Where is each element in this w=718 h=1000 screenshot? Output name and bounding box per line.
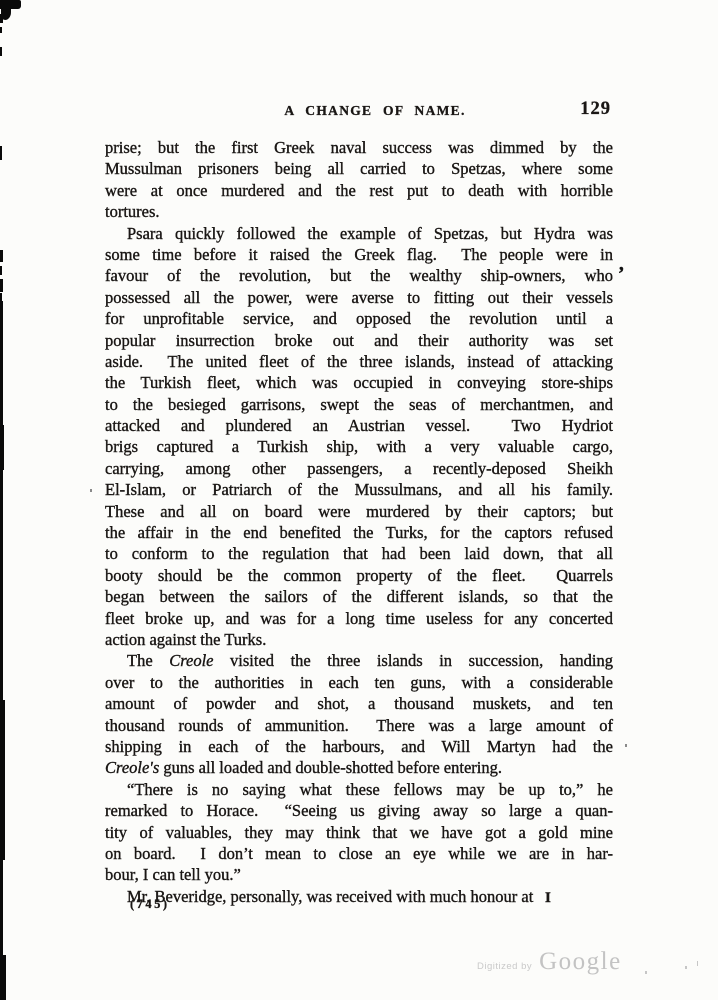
scan-artifact	[0, 27, 2, 33]
text-line: popular insurrection broke out and their…	[105, 330, 613, 351]
google-logo: Google	[539, 948, 622, 976]
text-line: favour of the revolution, but the wealth…	[105, 265, 613, 286]
text-line: aside. The united fleet of the three isl…	[105, 351, 613, 372]
text-line: tortures.	[105, 201, 613, 222]
text-line: to conform to the regulation that had be…	[105, 543, 613, 564]
text-line: possessed all the power, were averse to …	[105, 287, 613, 308]
text-line: the affair in the end benefited the Turk…	[105, 522, 613, 543]
text-line: Psara quickly followed the example of Sp…	[105, 223, 613, 244]
text-line: shipping in each of the harbours, and Wi…	[105, 736, 613, 757]
text-line: attacked and plundered an Austrian vesse…	[105, 415, 613, 436]
body-text: prise; but the first Greek naval success…	[105, 137, 613, 907]
scan-artifact	[0, 425, 4, 470]
text-line: Mr. Beveridge, personally, was received …	[105, 886, 613, 907]
text-line: the Turkish fleet, which was occupied in…	[105, 372, 613, 393]
scan-artifact	[0, 146, 2, 160]
digitization-watermark: Digitized by Google	[477, 948, 622, 976]
scan-artifact	[0, 266, 2, 275]
text-line: brigs captured a Turkish ship, with a ve…	[105, 436, 613, 457]
text-line: action against the Turks.	[105, 629, 613, 650]
text-line: for unprofitable service, and opposed th…	[105, 308, 613, 329]
text-line: El-Islam, or Patriarch of the Mussulmans…	[105, 479, 613, 500]
scan-artifact-dot	[685, 966, 687, 969]
scan-artifact	[0, 250, 3, 262]
text-line: on board. I don’t mean to close an eye w…	[105, 843, 613, 864]
scan-artifact-dot	[645, 971, 647, 974]
scan-artifact	[0, 14, 3, 23]
text-line: tity of valuables, they may think that w…	[105, 822, 613, 843]
text-line: to the besieged garrisons, swept the sea…	[105, 394, 613, 415]
scan-artifact	[0, 955, 6, 1000]
scan-artifact-ink-mark: ,	[619, 255, 624, 274]
scan-artifact	[0, 279, 3, 292]
scan-artifact	[0, 293, 2, 301]
page-header: A CHANGE OF NAME. 129	[105, 100, 613, 122]
text-line: remarked to Horace. “Seeing us giving aw…	[105, 800, 613, 821]
text-line: were at once murdered and the rest put t…	[105, 180, 613, 201]
text-line: Mussulman prisoners being all carried to…	[105, 158, 613, 179]
watermark-prefix: Digitized by	[477, 961, 532, 972]
text-line: over to the authorities in each ten guns…	[105, 672, 613, 693]
scan-artifact-dot	[625, 744, 627, 747]
text-line: prise; but the first Greek naval success…	[105, 137, 613, 158]
printers-mark: (745)	[130, 897, 170, 912]
scan-artifact-dot	[697, 961, 698, 966]
text-line: The Creole visited the three islands in …	[105, 650, 613, 671]
running-title: A CHANGE OF NAME.	[121, 100, 629, 119]
text-line: fleet broke up, and was for a long time …	[105, 608, 613, 629]
text-line: “There is no saying what these fellows m…	[105, 779, 613, 800]
text-line: thousand rounds of ammunition. There was…	[105, 715, 613, 736]
text-line: These and all on board were murdered by …	[105, 501, 613, 522]
scan-artifact	[0, 700, 5, 860]
text-line: some time before it raised the Greek fla…	[105, 244, 613, 265]
page-number: 129	[580, 99, 611, 120]
text-line: booty should be the common property of t…	[105, 565, 613, 586]
text-line: amount of powder and shot, a thousand mu…	[105, 693, 613, 714]
scan-artifact-dot	[90, 489, 92, 492]
text-line: carrying, among other passengers, a rece…	[105, 458, 613, 479]
signature-mark: I	[545, 890, 551, 907]
text-line: began between the sailors of the differe…	[105, 586, 613, 607]
scan-artifact	[0, 47, 2, 56]
text-line: bour, I can tell you.”	[105, 864, 613, 885]
scan-artifact-edge-line	[0, 301, 3, 1000]
book-page-scan: , A CHANGE OF NAME. 129 prise; but the f…	[0, 0, 718, 1000]
text-line: Creole's guns all loaded and double-shot…	[105, 757, 613, 778]
